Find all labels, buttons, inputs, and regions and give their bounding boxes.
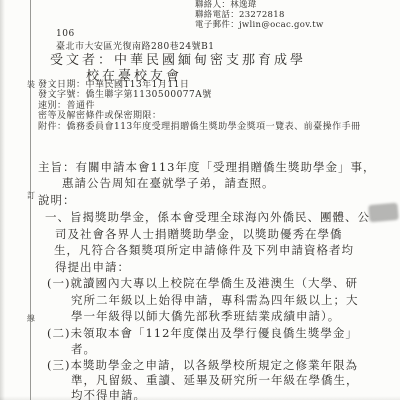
ink-stamp — [368, 203, 398, 222]
explanation-item4-line2: 準，凡留級、重讀、延畢及研究所一年級在學僑生， — [71, 372, 359, 388]
explanation-item4-line3: 均不得申請。 — [71, 387, 146, 400]
explanation-item2-line1: (一)就讀國內大專以上校院在學僑生及港澳生（大學、研 — [47, 275, 358, 291]
contact-email-line: 電子郵件：jwlin@ocac.gov.tw — [195, 21, 324, 31]
attachment-line: 附件：僑務委員會113年度受理捐贈僑生獎助學金獎項一覽表、前臺操作手冊 — [38, 119, 361, 132]
scan-edge-shadow — [0, 0, 5, 400]
explanation-item1-line2: 司及社會各界人士捐贈獎助學金，以獎助優秀在學僑 — [55, 226, 343, 242]
binding-mark-zhuang: 裝 — [25, 81, 37, 89]
subject-line-2: 惠請公告周知在臺就學子弟，請查照。 — [62, 175, 275, 191]
scanned-official-letter: 裝 訂 線 聯絡人：林逸瑋 聯絡電話：23272818 電子郵件：jwlin@o… — [0, 0, 400, 400]
binding-mark-xian: 線 — [25, 315, 37, 323]
explanation-item2-line2: 究所二年級以上始得申請，專科需為四年級以上；大 — [71, 292, 359, 308]
scan-edge-shadow-bottom — [0, 396, 400, 400]
explanation-heading: 說明： — [38, 192, 76, 208]
recipient-zip: 106 — [56, 29, 75, 39]
subject-line-1: 主旨：有關申請本會113年度「受理捐贈僑生獎助學金」事， — [38, 159, 375, 175]
explanation-item3-line1: (二)未領取本會「112年度傑出及學行優良僑生獎學金」 — [47, 325, 358, 341]
explanation-item1-line1: 一、旨揭獎助學金，係本會受理全球海內外僑民、團體、公 — [45, 209, 370, 225]
explanation-item1-line3: 生，凡符合各類獎項所定申請條件及下列申請資格者均 — [54, 242, 354, 258]
explanation-item4-line1: (三)本獎助學金之申請，以各級學校所規定之修業年限為 — [47, 357, 358, 373]
binding-mark-ding: 訂 — [25, 192, 37, 200]
explanation-item2-line3: 學一年級得以師大僑先部秋季班結業成績申請）。 — [71, 308, 340, 324]
explanation-item1-line4: 得提出申請： — [55, 259, 130, 275]
binding-line — [30, 0, 31, 400]
explanation-item3-line2: 者。 — [71, 341, 96, 357]
